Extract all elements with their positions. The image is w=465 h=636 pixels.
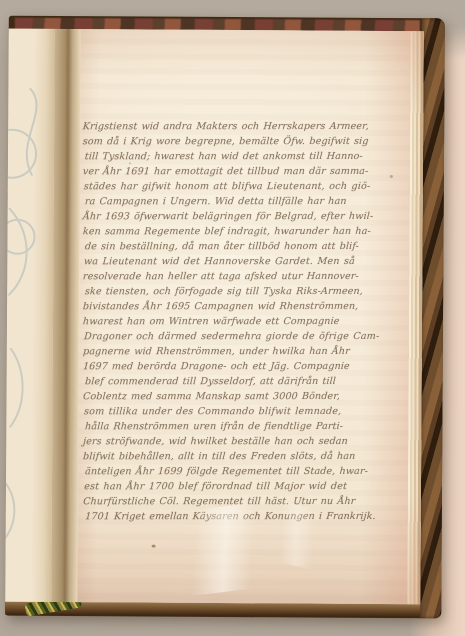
manuscript-line: som då i Krig wore begrepne, bemälte Öfw… <box>82 134 403 149</box>
handwritten-text-block: Krigstienst wid andra Makters och Herrsk… <box>83 119 403 524</box>
manuscript-line: hålla Rhenströmmen uren ifrån de fiendtl… <box>85 419 404 434</box>
left-page-sliver <box>5 29 54 602</box>
manuscript-line: till Tyskland; hwarest han wid det ankom… <box>84 149 403 164</box>
open-pages: Krigstienst wid andra Makters och Herrsk… <box>5 29 423 605</box>
manuscript-line: 1697 med berörda Dragone- och ett Jäg. C… <box>82 359 403 374</box>
manuscript-line: ske tiensten, och förfogade sig till Tys… <box>84 284 403 299</box>
book: Krigstienst wid andra Makters och Herrsk… <box>5 16 445 619</box>
ink-speck <box>390 175 393 178</box>
manuscript-line: hwarest han om Wintren wärfwade ett Comp… <box>82 314 403 329</box>
manuscript-line: blifwit bibehållen, allt in till des Fre… <box>83 449 404 464</box>
manuscript-line: jers ströfwande, wid hwilket beställe ha… <box>83 434 404 449</box>
manuscript-line: est han Åhr 1700 blef förordnad till Maj… <box>84 479 404 494</box>
gutter-fold <box>51 29 80 602</box>
manuscript-line: blef commenderad till Dysseldorf, att dä… <box>85 374 404 389</box>
manuscript-line: de sin beställning, då man åter tillböd … <box>84 239 403 254</box>
ink-speck <box>129 162 131 164</box>
manuscript-line: pagnerne wid Rhenströmmen, under hwilka … <box>82 344 403 359</box>
scanned-book-photo: Krigstienst wid andra Makters och Herrsk… <box>0 0 465 636</box>
manuscript-line: änteligen Åhr 1699 fölgde Regementet til… <box>85 464 404 479</box>
manuscript-line: bivistandes Åhr 1695 Campagnen wid Rhens… <box>82 299 403 314</box>
manuscript-line: Dragoner och därmed sedermehra giorde de… <box>83 329 403 344</box>
manuscript-line: som tillika under des Commando blifwit l… <box>84 404 404 419</box>
manuscript-page: Krigstienst wid andra Makters och Herrsk… <box>77 29 410 604</box>
manuscript-line: Åhr 1693 öfwerwarit belägringen för Belg… <box>82 209 403 224</box>
manuscript-line: Krigstienst wid andra Makters och Herrsk… <box>82 119 403 134</box>
manuscript-line: ra Campagnen i Ungern. Wid detta tillfäl… <box>84 194 403 209</box>
manuscript-line: ver Åhr 1691 har emottagit det tillbud m… <box>82 164 403 179</box>
manuscript-line: wa Lieutenant wid det Hannoverske Gardet… <box>83 254 403 269</box>
manuscript-line: ken samma Regemente blef indragit, hwaru… <box>82 224 403 239</box>
manuscript-line: resolverade han heller att taga afsked u… <box>82 269 403 284</box>
ornament-sketch-icon <box>5 59 54 579</box>
manuscript-line: städes har gifwit honom att blifwa Lieut… <box>83 179 403 194</box>
manuscript-line: Coblentz med samma Manskap samt 3000 Bön… <box>83 389 404 404</box>
